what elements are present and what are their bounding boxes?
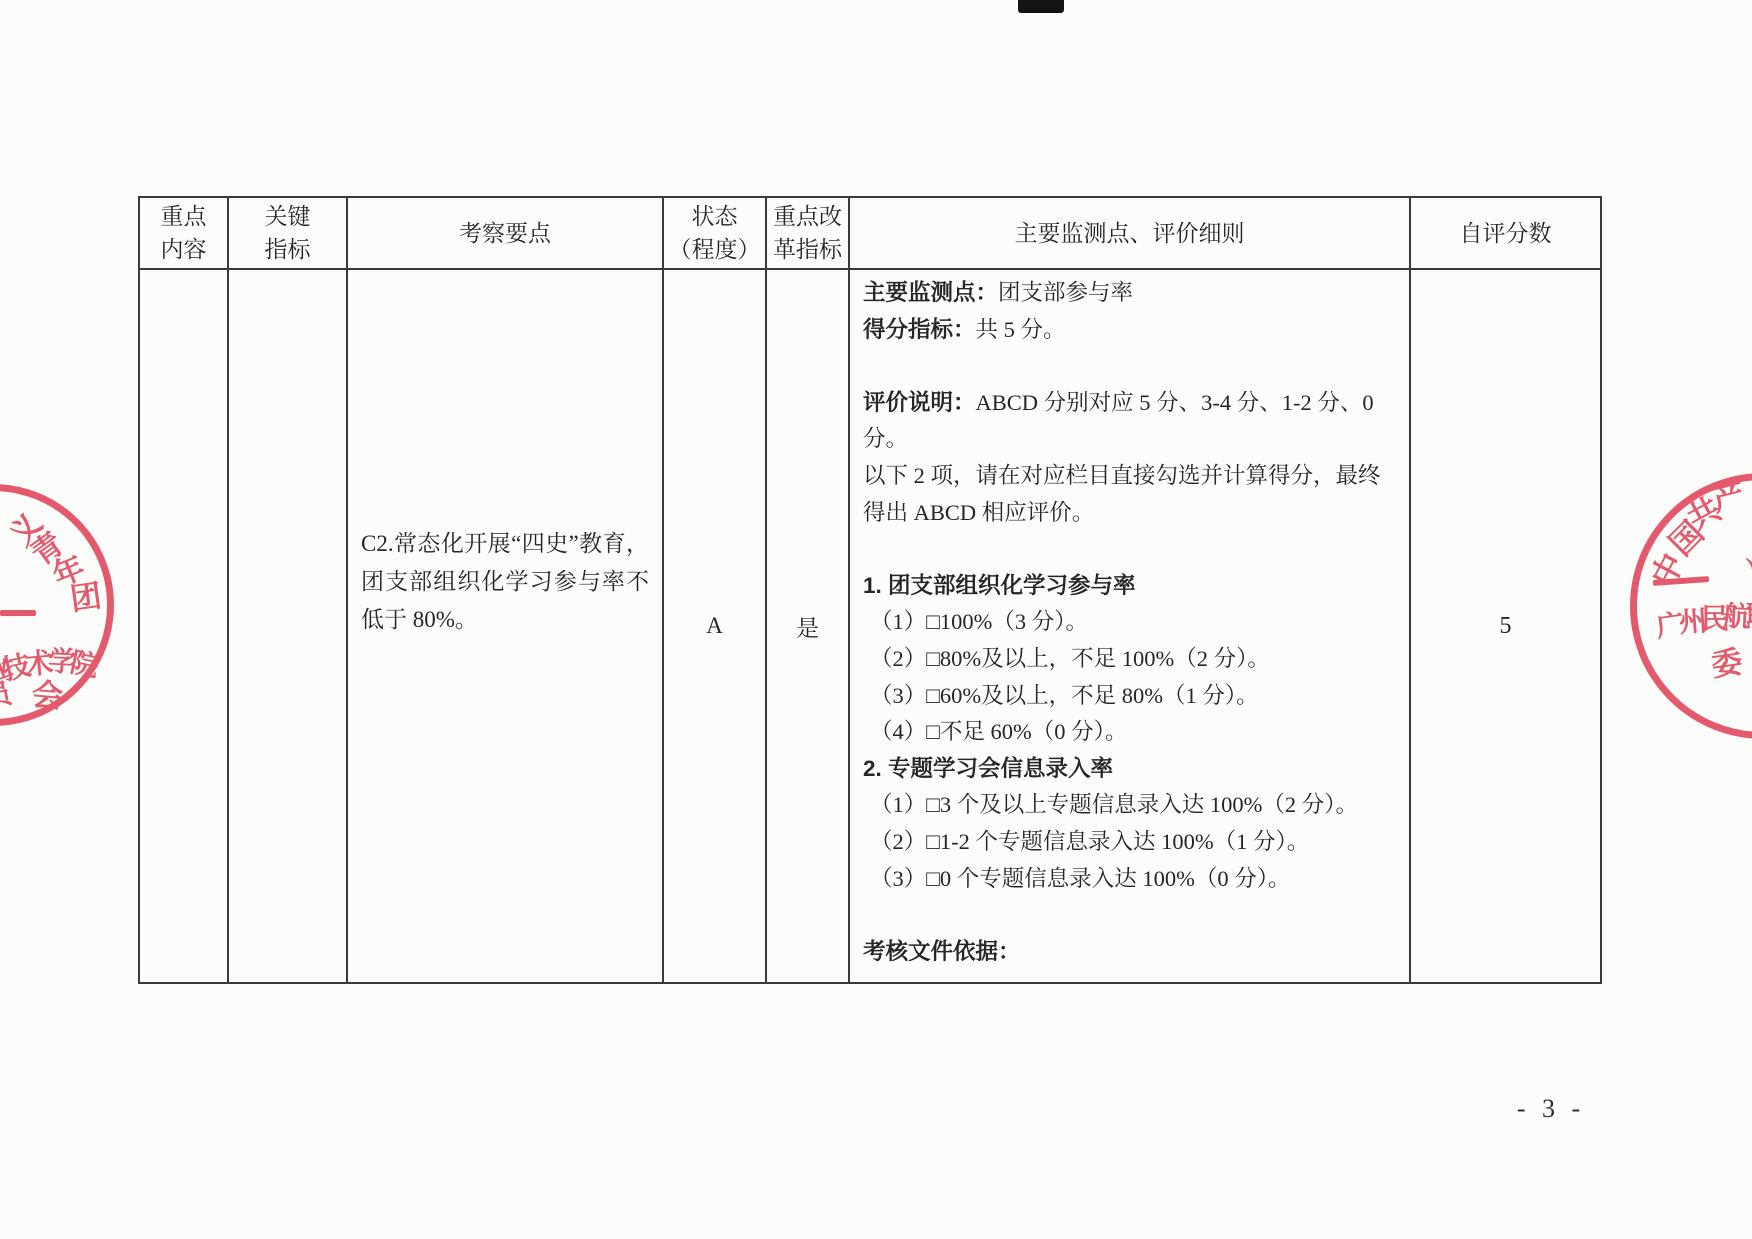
stamp-right-arc-char: 国 [1657, 509, 1712, 564]
monitoring-line: （3）□0 个专题信息录入达 100%（0 分）。 [863, 861, 1397, 898]
stamp-left-bottom-char: 会 [30, 669, 65, 717]
stamp-left-arc-char: 团 [67, 570, 104, 619]
monitoring-line-bold-text: 1. 团支部组织化学习参与率 [863, 573, 1136, 598]
monitoring-line: 评价说明：ABCD 分别对应 5 分、3-4 分、1-2 分、0 分。 [863, 385, 1397, 458]
header-self-score: 自评分数 [1411, 198, 1602, 270]
monitoring-line-bold-text: 2. 专题学习会信息录入率 [863, 756, 1113, 781]
stamp-right-arc-char: 共 [1678, 484, 1728, 540]
monitoring-line-text: （2）□1-2 个专题信息录入达 100%（1 分）。 [870, 829, 1309, 854]
stamp-right-name-char: 民 [1701, 597, 1729, 637]
monitoring-line: （2）□80%及以上，不足 100%（2 分）。 [863, 641, 1397, 678]
monitoring-line-text: （1）□3 个及以上专题信息录入达 100%（2 分）。 [870, 792, 1358, 817]
scan-artifact [1018, 0, 1064, 13]
monitoring-line-text: 共 5 分。 [976, 317, 1066, 342]
cell-key-indicator [229, 270, 348, 984]
assessment-table: 重点 内容 关键 指标 考察要点 状态 （程度） 重点改 革指标 主要监测点、评… [138, 196, 1602, 984]
stamp-left-ring-icon [0, 484, 114, 726]
header-status: 状态 （程度） [664, 198, 767, 270]
stamp-right-arc-char: 中 [1638, 544, 1694, 594]
monitoring-line: 考核文件依据： [863, 934, 1397, 971]
stamp-right-divider-icon [1653, 576, 1709, 586]
monitoring-line: （4）□不足 60%（0 分）。 [863, 714, 1397, 751]
stamp-right-name-char: 广 [1653, 602, 1686, 646]
monitoring-line: 1. 团支部组织化学习参与率 [863, 568, 1397, 605]
inspection-points-text: C2.常态化开展“四史”教育，团支部组织化学习参与率不低于 80%。 [361, 525, 649, 639]
stamp-left-divider-icon [0, 610, 36, 616]
stamp-left-arc-char: 年 [45, 542, 91, 595]
header-key-indicator: 关键 指标 [229, 198, 348, 270]
stamp-left-name-char: 院 [67, 641, 103, 686]
cell-status: A [664, 270, 767, 984]
monitoring-line: （1）□100%（3 分）。 [863, 604, 1397, 641]
header-monitoring: 主要监测点、评价细则 [850, 198, 1411, 270]
stamp-left-arc-char: 青 [20, 519, 72, 574]
monitoring-line [863, 348, 1397, 385]
stamp-right-name-fragment: 职 [1746, 594, 1752, 634]
monitoring-line-bold-text: 考核文件依据： [863, 939, 1021, 964]
monitoring-line-text: （1）□100%（3 分）。 [870, 609, 1088, 634]
stamp-right-bottom-char: 委 [1708, 636, 1745, 685]
stamp-right-name-char: 州 [1678, 599, 1709, 641]
monitoring-line: 2. 专题学习会信息录入率 [863, 751, 1397, 788]
stamp-left-name-char: 技 [0, 643, 34, 688]
header-reform-indicator: 重点改 革指标 [767, 198, 850, 270]
page-number: - 3 - [1486, 1094, 1616, 1124]
monitoring-line-text: （3）□0 个专题信息录入达 100%（0 分）。 [870, 866, 1290, 891]
header-key-content: 重点 内容 [140, 198, 229, 270]
monitoring-line: （2）□1-2 个专题信息录入达 100%（1 分）。 [863, 824, 1397, 861]
monitoring-line: 以下 2 项，请在对应栏目直接勾选并计算得分，最终得出 ABCD 相应评价。 [863, 458, 1397, 531]
monitoring-line-text: （3）□60%及以上，不足 80%（1 分）。 [870, 683, 1259, 708]
monitoring-line-bold-text: 得分指标： [863, 317, 976, 342]
stamp-left-arc-char: 义 [0, 501, 51, 554]
stamp-left-name-fragment: 业 [0, 644, 17, 691]
monitoring-line-bold-text: 主要监测点： [863, 280, 998, 305]
cell-monitoring: 主要监测点：团支部参与率 得分指标：共 5 分。 评价说明：ABCD 分别对应 … [850, 270, 1411, 984]
stamp-left-name-char: 学 [47, 639, 77, 680]
monitoring-line: （1）□3 个及以上专题信息录入达 100%（2 分）。 [863, 787, 1397, 824]
monitoring-line-text: （4）□不足 60%（0 分）。 [870, 719, 1127, 744]
stamp-right-tick-icon: 丶 [1734, 544, 1752, 585]
monitoring-line-bold-text: 评价说明： [863, 390, 976, 415]
cell-reform-indicator: 是 [767, 270, 850, 984]
cell-self-score: 5 [1411, 270, 1602, 984]
monitoring-line [863, 531, 1397, 568]
monitoring-line-text: （2）□80%及以上，不足 100%（2 分）。 [870, 646, 1270, 671]
monitoring-line [863, 897, 1397, 934]
stamp-left-bottom-fragment: 员 [0, 672, 15, 717]
stamp-right-ring-icon [1630, 473, 1752, 739]
cell-inspection-points: C2.常态化开展“四史”教育，团支部组织化学习参与率不低于 80%。 [348, 270, 664, 984]
monitoring-line-text: 团支部参与率 [998, 280, 1133, 305]
stamp-right-arc-char: 产 [1707, 469, 1749, 521]
monitoring-line: （3）□60%及以上，不足 80%（1 分）。 [863, 678, 1397, 715]
header-inspection-points: 考察要点 [348, 198, 664, 270]
stamp-left-name-char: 术 [23, 641, 54, 683]
stamp-right-name-char: 航 [1722, 594, 1752, 635]
monitoring-line: 得分指标：共 5 分。 [863, 312, 1397, 349]
cell-key-content [140, 270, 229, 984]
monitoring-line: 主要监测点：团支部参与率 [863, 275, 1397, 312]
monitoring-line-text: 以下 2 项，请在对应栏目直接勾选并计算得分，最终得出 ABCD 相应评价。 [863, 463, 1381, 525]
